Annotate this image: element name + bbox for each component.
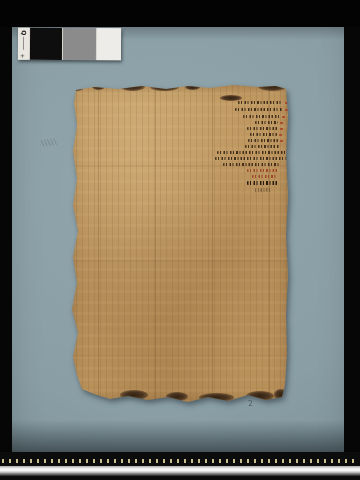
faint-inscription-mark	[255, 188, 272, 193]
faint-pencil-scribble	[40, 138, 58, 147]
dark-patch	[166, 392, 188, 401]
blue-mount-board: Q + 2	[12, 27, 344, 454]
white-patch	[97, 28, 121, 60]
red-ink-mark	[285, 102, 288, 104]
ink-text-line	[247, 181, 278, 185]
calibration-cross-mark: +	[20, 53, 25, 60]
red-ink-mark	[280, 122, 283, 124]
grayscale-squares	[30, 28, 121, 60]
artifact-photograph: Q + 2	[0, 0, 360, 480]
calibration-label: Q +	[18, 28, 29, 60]
red-ink-mark	[282, 116, 285, 118]
ink-text-line	[252, 175, 277, 178]
ink-text-line	[250, 133, 277, 136]
measuring-ruler	[0, 452, 360, 480]
red-ink-mark	[280, 128, 283, 130]
ink-text-line	[215, 157, 287, 160]
dark-patch	[274, 389, 288, 400]
calibration-label-rule	[23, 37, 24, 50]
dark-patch	[120, 390, 148, 400]
dark-patch	[185, 84, 200, 90]
papyrus-sheet	[70, 85, 288, 403]
ink-text-line	[245, 145, 280, 148]
black-patch	[30, 28, 62, 60]
dark-patch	[92, 83, 105, 90]
red-ink-mark	[285, 109, 288, 111]
ink-text-line	[217, 151, 287, 154]
ruler-tick-marks	[2, 459, 358, 463]
dark-patch	[120, 82, 145, 91]
dark-patch	[199, 393, 234, 402]
ink-text-line	[247, 169, 278, 172]
ink-text-line	[248, 139, 278, 142]
papyrus-fragment	[70, 85, 288, 403]
red-ink-mark	[280, 140, 283, 142]
ruler-metal-edge	[0, 466, 360, 476]
grayscale-calibration-strip: Q +	[18, 28, 121, 61]
ink-text-line	[238, 101, 283, 104]
calibration-label-glyph: Q	[20, 30, 26, 35]
dark-patch	[258, 82, 287, 91]
dark-patch	[70, 83, 84, 91]
dark-patch	[246, 391, 274, 401]
gray-patch	[63, 28, 96, 60]
ink-text-line	[243, 115, 280, 118]
dark-patch	[150, 83, 179, 91]
ink-text-line	[235, 108, 283, 111]
ink-text-line	[247, 127, 278, 130]
ink-text-line	[223, 163, 280, 166]
red-ink-mark	[279, 134, 282, 136]
top-black-bar	[0, 0, 360, 27]
ink-text-line	[255, 121, 278, 124]
dark-patch	[68, 270, 75, 300]
